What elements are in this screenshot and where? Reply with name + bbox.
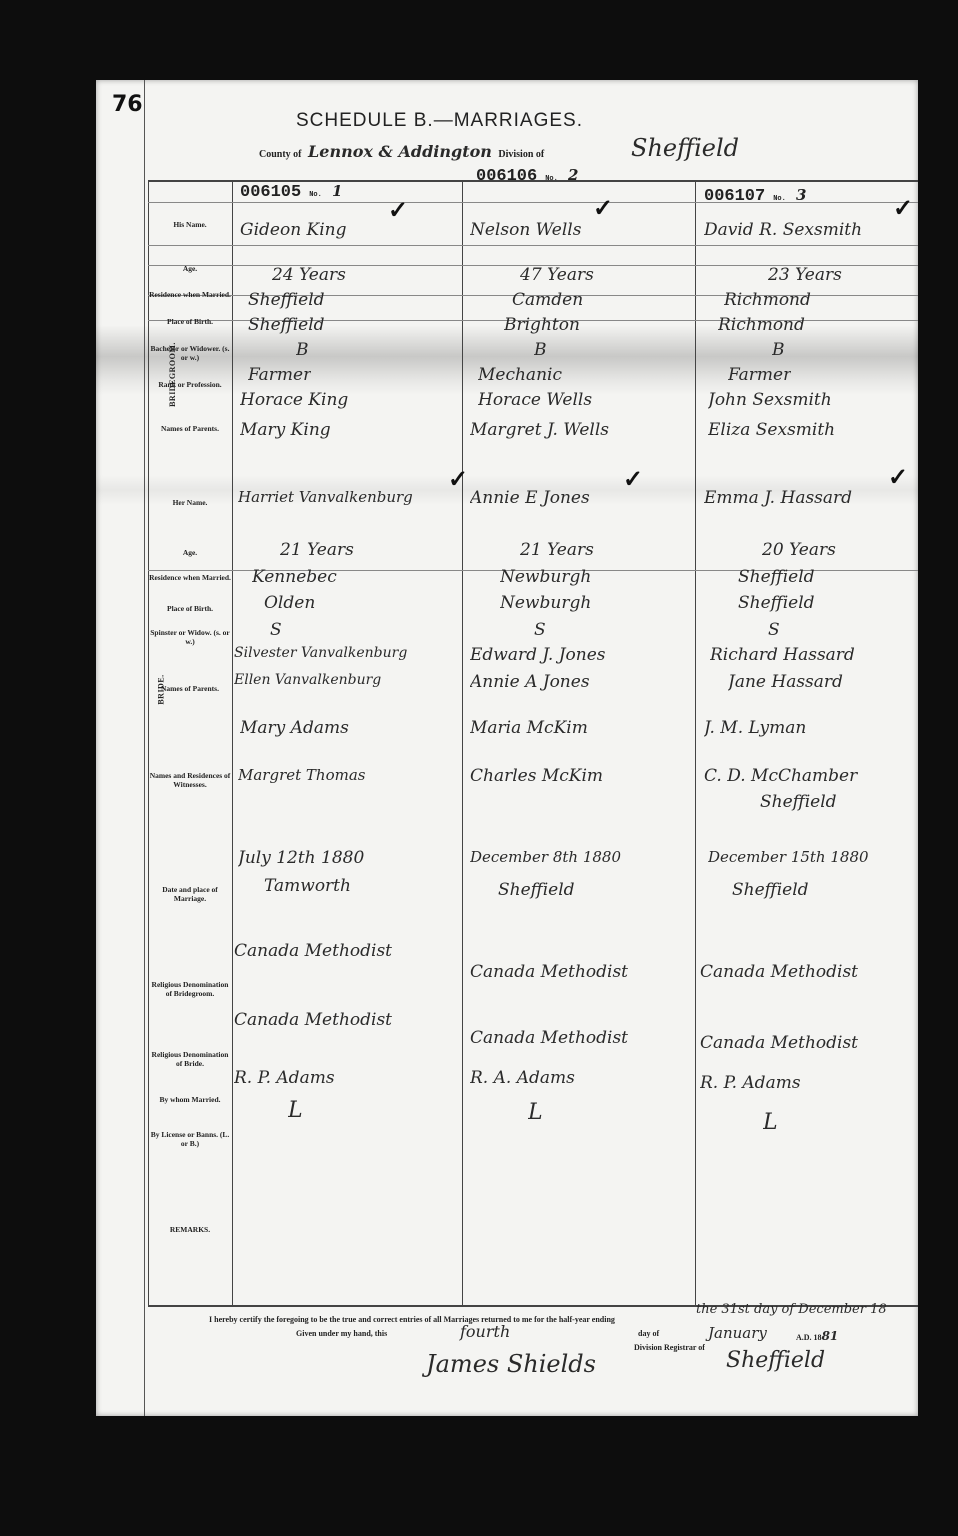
witness-1: Mary Adams xyxy=(240,718,349,738)
bride-residence: Sheffield xyxy=(738,567,815,587)
bride-age: 21 Years xyxy=(520,540,594,560)
groom-religion: Canada Methodist xyxy=(234,938,462,964)
label-bride-birthplace: Place of Birth. xyxy=(148,604,232,613)
license-banns: L xyxy=(763,1110,778,1135)
label-rank-profession: Rank or Profession. xyxy=(148,380,232,389)
groom-profession: Farmer xyxy=(248,365,311,385)
officiant: R. A. Adams xyxy=(470,1068,575,1088)
groom-residence: Sheffield xyxy=(248,290,325,310)
groom-religion: Canada Methodist xyxy=(470,962,628,982)
label-bride-parents: Names of Parents. xyxy=(148,684,232,693)
bachelor-widower: B xyxy=(534,340,547,360)
groom-religion: Canada Methodist xyxy=(700,962,918,982)
groom-age: 47 Years xyxy=(520,265,594,285)
label-bride-residence: Residence when Married. xyxy=(148,573,232,582)
groom-age: 23 Years xyxy=(768,265,842,285)
half-year-end: the 31st day of December 18 xyxy=(696,1302,887,1317)
label-license-banns: By License or Banns. (L. or B.) xyxy=(148,1130,232,1148)
label-date-place: Date and place of Marriage. xyxy=(148,885,232,903)
witness-2: Charles McKim xyxy=(470,766,603,786)
bride-father: Edward J. Jones xyxy=(470,645,605,665)
license-banns: L xyxy=(288,1098,303,1123)
groom-father: John Sexsmith xyxy=(708,390,832,410)
bride-mother: Ellen Vanvalkenburg xyxy=(234,672,462,688)
bride-residence: Kennebec xyxy=(252,567,337,587)
page-number: 76 xyxy=(112,92,143,117)
county-value: Lennox & Addington xyxy=(308,142,492,161)
groom-age: 24 Years xyxy=(272,265,346,285)
bride-religion: Canada Methodist xyxy=(234,1010,392,1030)
bride-religion: Canada Methodist xyxy=(700,1033,918,1053)
registration-number: 006107No. 3 xyxy=(704,186,806,206)
registrar-division: Sheffield xyxy=(726,1348,825,1373)
groom-birthplace: Brighton xyxy=(504,315,580,335)
bride-name: Annie E Jones xyxy=(470,488,590,508)
bride-age: 20 Years xyxy=(762,540,836,560)
label-spinster-widow: Spinster or Widow. (s. or w.) xyxy=(148,628,232,646)
witness-3: Sheffield xyxy=(760,792,837,812)
check-mark-icon: ✓ xyxy=(888,463,908,492)
division-label: Division of xyxy=(498,149,544,160)
registrar-label: Division Registrar of xyxy=(634,1343,705,1352)
groom-profession: Mechanic xyxy=(478,365,562,385)
label-her-name: Her Name. xyxy=(148,498,232,507)
county-label: County of xyxy=(259,149,302,160)
witness-1: J. M. Lyman xyxy=(704,718,806,738)
marriage-register-table: BRIDEGROOM. BRIDE. His Name. Age. Reside… xyxy=(148,180,918,1305)
groom-mother: Margret J. Wells xyxy=(470,420,609,440)
groom-name: Nelson Wells xyxy=(470,220,581,240)
bride-birthplace: Sheffield xyxy=(738,593,815,613)
given-day: fourth xyxy=(460,1322,510,1341)
groom-name: David R. Sexsmith xyxy=(704,220,918,240)
day-of-label: day of xyxy=(638,1329,659,1338)
spinster-widow: S xyxy=(768,620,780,640)
marriage-place: Sheffield xyxy=(498,880,575,900)
label-remarks: REMARKS. xyxy=(148,1225,232,1234)
bachelor-widower: B xyxy=(296,340,309,360)
bachelor-widower: B xyxy=(772,340,785,360)
bride-residence: Newburgh xyxy=(500,567,591,587)
bride-mother: Jane Hassard xyxy=(728,672,843,692)
check-mark-icon: ✓ xyxy=(593,194,613,223)
groom-residence: Richmond xyxy=(724,290,811,310)
witness-1: Maria McKim xyxy=(470,718,588,738)
marriage-date: December 15th 1880 xyxy=(708,848,918,866)
label-groom-residence: Residence when Married. xyxy=(148,290,232,299)
bride-mother: Annie A Jones xyxy=(470,672,590,692)
label-bachelor-widower: Bachelor or Widower. (s. or w.) xyxy=(148,344,232,362)
officiant: R. P. Adams xyxy=(234,1068,335,1088)
groom-name: Gideon King xyxy=(240,220,347,240)
given-label: Given under my hand, this xyxy=(296,1329,387,1338)
division-value: Sheffield xyxy=(631,134,739,162)
label-bride-age: Age. xyxy=(148,548,232,557)
bride-religion: Canada Methodist xyxy=(470,1028,628,1048)
schedule-title: SCHEDULE B.—MARRIAGES. xyxy=(296,110,583,132)
bride-name: Emma J. Hassard xyxy=(704,488,852,508)
groom-residence: Camden xyxy=(512,290,583,310)
register-page: 76 SCHEDULE B.—MARRIAGES. County of Lenn… xyxy=(96,80,918,1416)
license-banns: L xyxy=(528,1100,543,1125)
label-groom-birthplace: Place of Birth. xyxy=(148,317,232,326)
bride-father: Silvester Vanvalkenburg xyxy=(234,645,462,661)
marriage-date: July 12th 1880 xyxy=(238,848,364,868)
ad-label: A.D. 1881 xyxy=(796,1329,838,1343)
officiant: R. P. Adams xyxy=(700,1073,801,1093)
groom-mother: Mary King xyxy=(240,420,331,440)
groom-mother: Eliza Sexsmith xyxy=(708,420,835,440)
registrar-signature: James Shields xyxy=(426,1350,596,1378)
marriage-date: December 8th 1880 xyxy=(470,848,621,866)
label-witnesses: Names and Residences of Witnesses. xyxy=(148,771,232,789)
label-groom-parents: Names of Parents. xyxy=(148,424,232,433)
groom-father: Horace Wells xyxy=(478,390,592,410)
registration-number: 006105No. 1 xyxy=(240,182,342,202)
witness-2: C. D. McChamber xyxy=(704,766,918,786)
bride-age: 21 Years xyxy=(280,540,354,560)
label-officiant: By whom Married. xyxy=(148,1095,232,1104)
label-bride-religion: Religious Denomination of Bride. xyxy=(148,1050,232,1068)
groom-profession: Farmer xyxy=(728,365,791,385)
label-groom-age: Age. xyxy=(148,264,232,273)
witness-2: Margret Thomas xyxy=(238,766,365,784)
county-line: County of Lennox & Addington Division of xyxy=(259,142,544,161)
bride-birthplace: Olden xyxy=(264,593,315,613)
bride-father: Richard Hassard xyxy=(710,645,918,665)
marriage-place: Sheffield xyxy=(732,880,809,900)
registration-number: 006106No. 2 xyxy=(476,166,578,186)
groom-father: Horace King xyxy=(240,390,348,410)
bride-birthplace: Newburgh xyxy=(500,593,591,613)
given-month: January xyxy=(708,1324,767,1342)
marriage-place: Tamworth xyxy=(264,876,351,896)
label-groom-religion: Religious Denomination of Bridegroom. xyxy=(148,980,232,998)
groom-birthplace: Richmond xyxy=(718,315,805,335)
certification-statement: I hereby certify the foregoing to be the… xyxy=(209,1315,615,1324)
spinster-widow: S xyxy=(534,620,546,640)
spinster-widow: S xyxy=(270,620,282,640)
label-his-name: His Name. xyxy=(148,220,232,229)
groom-birthplace: Sheffield xyxy=(248,315,325,335)
bride-name: Harriet Vanvalkenburg xyxy=(238,488,463,506)
check-mark-icon: ✓ xyxy=(623,465,643,494)
check-mark-icon: ✓ xyxy=(388,196,408,225)
check-mark-icon: ✓ xyxy=(893,194,913,223)
